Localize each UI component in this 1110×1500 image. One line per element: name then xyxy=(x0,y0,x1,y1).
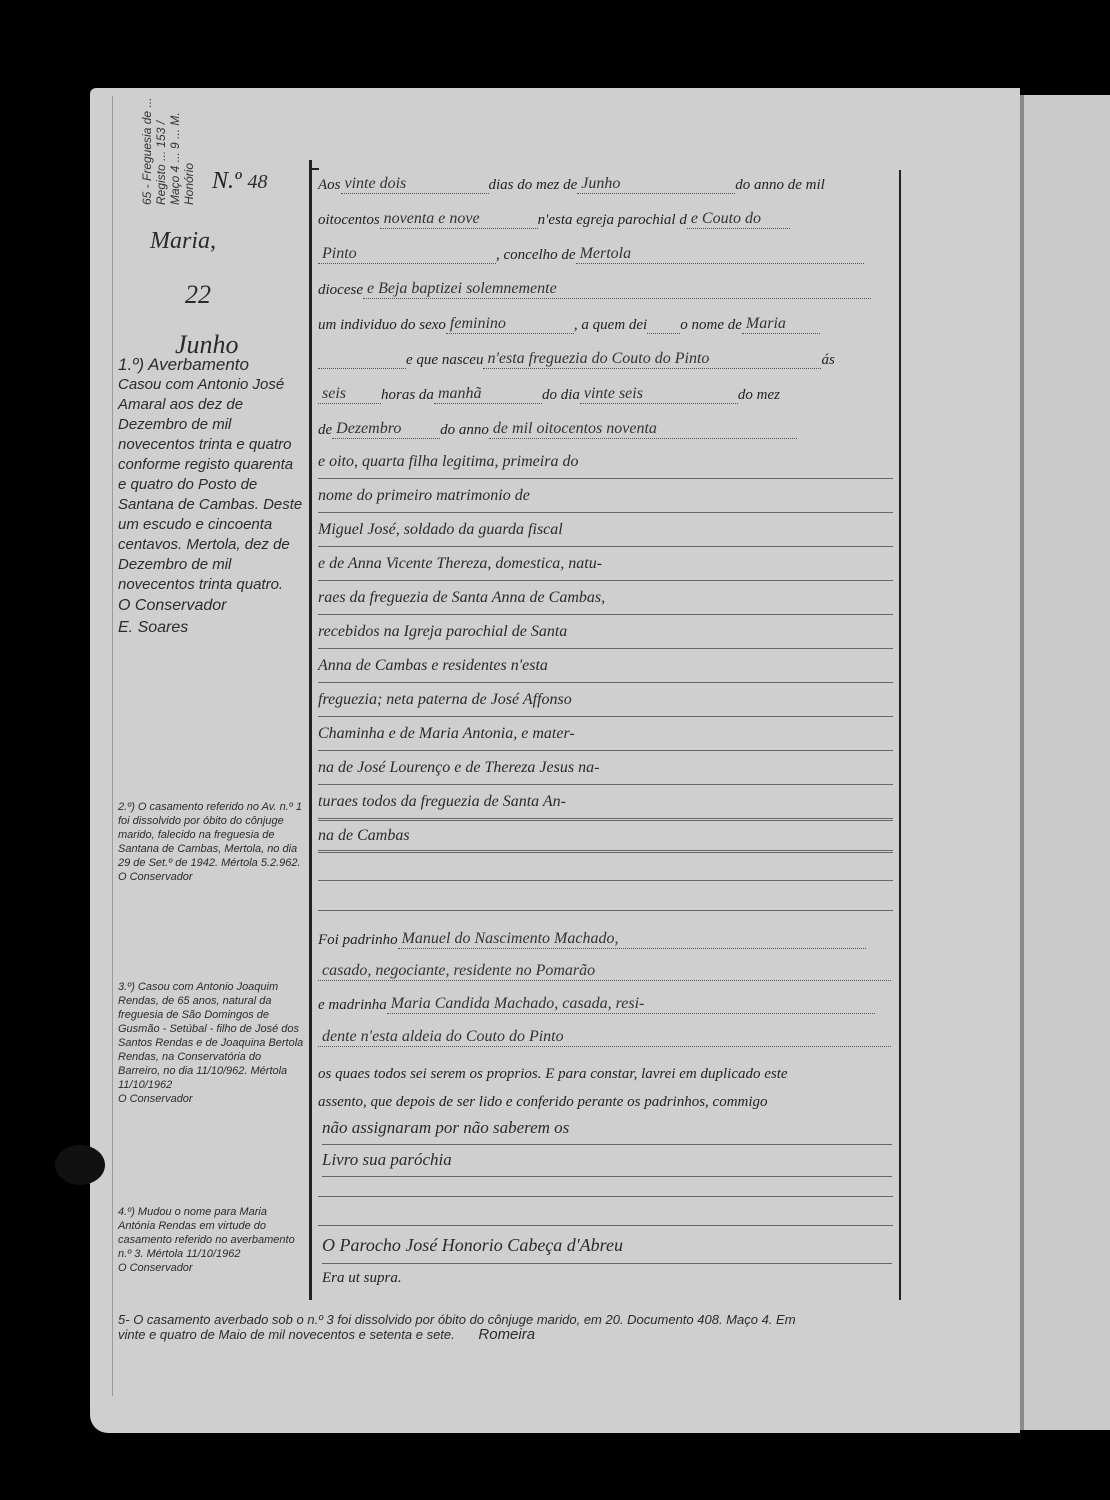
margin-note-3: 3.º) Casou com Antonio Joaquim Rendas, d… xyxy=(118,980,304,1106)
margin-day: 22 xyxy=(185,280,211,310)
madrinha-line-2: dente n'esta aldeia do Couto do Pinto xyxy=(318,1028,891,1047)
record-number-label: N.º xyxy=(212,168,241,194)
era-ut-supra: Era ut supra. xyxy=(322,1270,402,1287)
margin-rule xyxy=(112,96,113,1396)
blank-rule xyxy=(318,850,893,851)
blank-rule xyxy=(318,910,893,911)
padrinho-line: Foi padrinho Manuel do Nascimento Machad… xyxy=(318,930,866,949)
form-line-1: Aos vinte dois dias do mez de Junho do a… xyxy=(318,175,825,194)
margin-note-5: 5- O casamento averbado sob o n.º 3 foi … xyxy=(118,1312,798,1342)
margin-note-1-text: Casou com Antonio José Amaral aos dez de… xyxy=(118,375,304,595)
closing-hand-2: Livro sua paróchia xyxy=(322,1150,892,1177)
record-number-value: 48 xyxy=(247,171,267,193)
margin-note-1-signer: O Conservador xyxy=(118,595,304,617)
facing-page xyxy=(1024,95,1110,1430)
form-line-7: seis horas da manhã do dia vinte seis do… xyxy=(318,385,780,404)
form-line-2: oitocentos noventa e nove n'esta egreja … xyxy=(318,210,790,229)
binding-hole xyxy=(55,1145,105,1185)
blank-rule xyxy=(318,820,893,821)
margin-note-1-heading: 1.º) Averbamento xyxy=(118,355,304,375)
form-line-3: Pinto , concelho de Mertola xyxy=(318,245,864,264)
form-line-6: e que nasceu n'esta freguezia do Couto d… xyxy=(318,350,835,369)
frame-right-border xyxy=(899,170,901,1300)
record-number: N.º 48 xyxy=(212,168,267,195)
blank-rule xyxy=(318,1225,893,1226)
padrinho-line-2: casado, negociante, residente no Pomarão xyxy=(318,962,891,981)
form-line-4: diocese e Beja baptizei solemnemente xyxy=(318,280,871,299)
closing-printed-2: assento, que depois de ser lido e confer… xyxy=(318,1094,898,1111)
blank-rule xyxy=(318,1196,893,1197)
madrinha-line: e madrinha Maria Candida Machado, casada… xyxy=(318,995,875,1014)
margin-note-2: 2.º) O casamento referido no Av. n.º 1 f… xyxy=(118,800,304,884)
closing-printed-1: os quaes todos sei serem os proprios. E … xyxy=(318,1066,898,1083)
frame-left-border xyxy=(309,160,312,1300)
margin-note-4: 4.º) Mudou o nome para Maria Antónia Ren… xyxy=(118,1205,304,1275)
priest-signature: O Parocho José Honorio Cabeça d'Abreu xyxy=(322,1235,892,1264)
form-line-5: um individuo do sexo feminino , a quem d… xyxy=(318,315,820,334)
form-line-8: de Dezembro do anno de mil oitocentos no… xyxy=(318,420,797,439)
margin-name: Maria, xyxy=(150,228,216,255)
body-handwritten-block: e oito, quarta filha legitima, primeira … xyxy=(318,445,893,853)
margin-note-1-signature: E. Soares xyxy=(118,617,304,639)
blank-rule xyxy=(318,880,893,881)
margin-note-1: 1.º) Averbamento Casou com Antonio José … xyxy=(118,355,304,639)
closing-hand-1: não assignaram por não saberem os xyxy=(322,1118,892,1145)
